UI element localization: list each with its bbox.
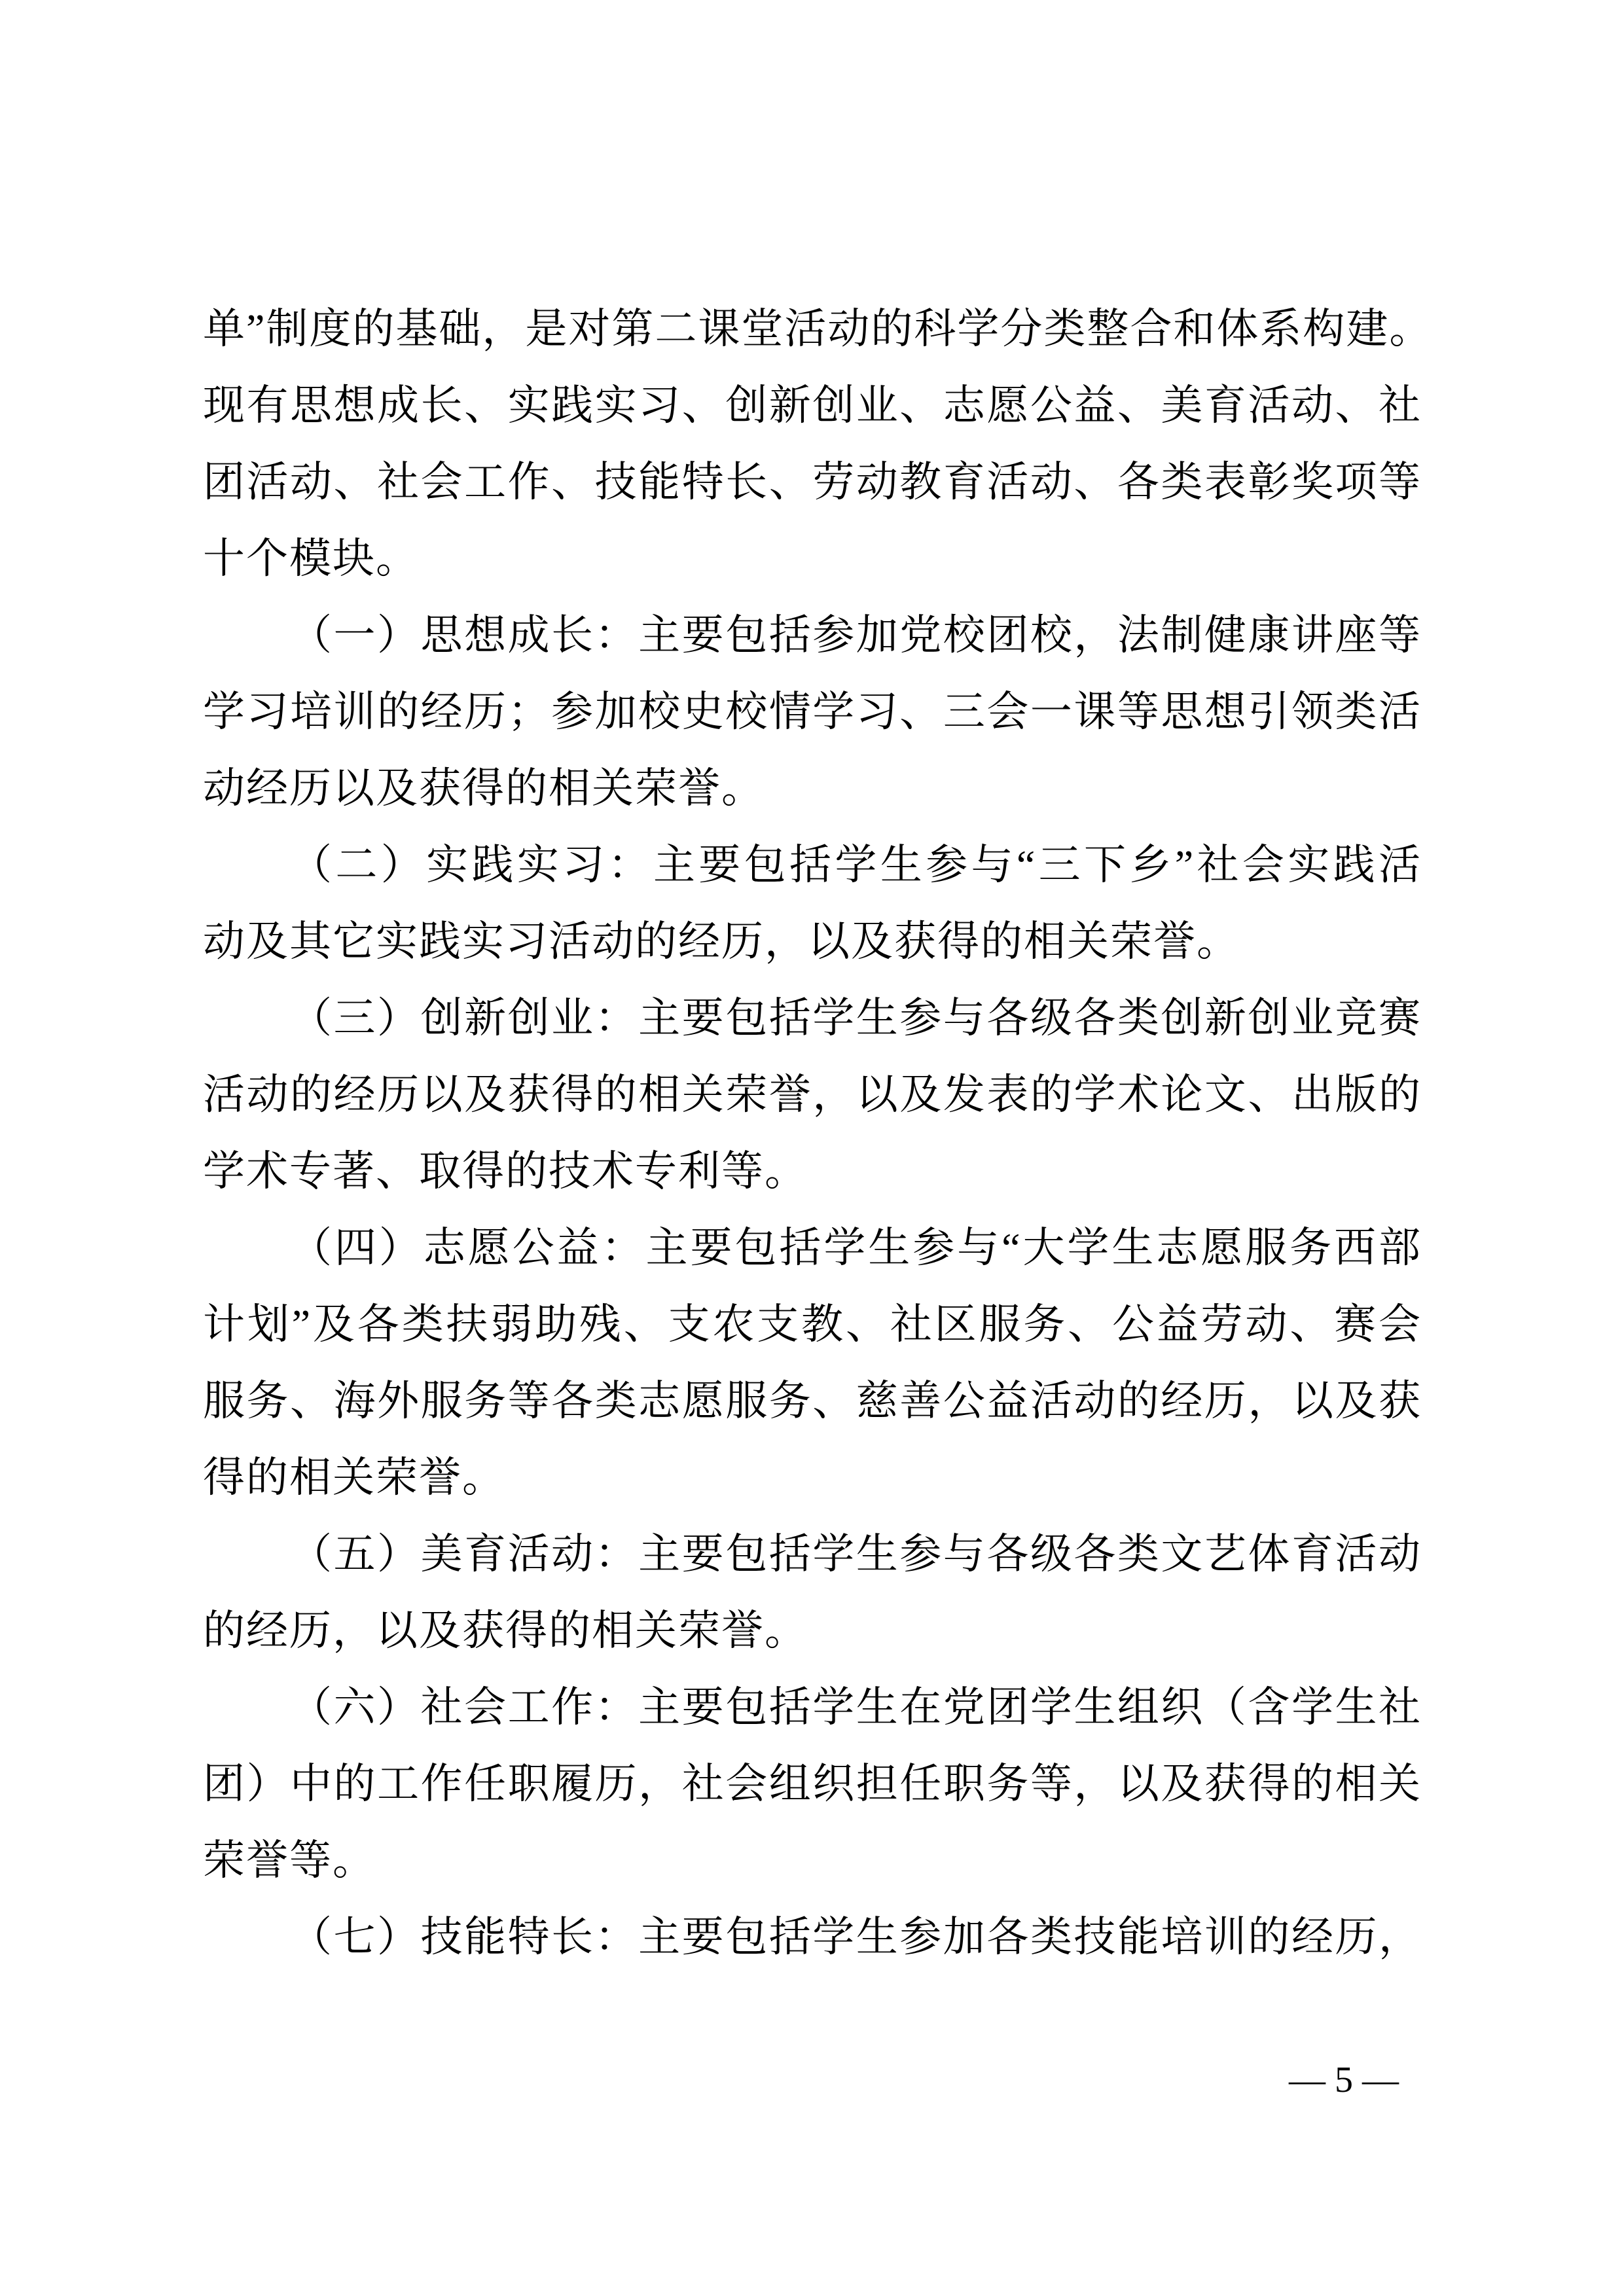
- paragraph-5-aesthetic-activities: （五）美育活动：主要包括学生参与各级各类文艺体育活动 的经历，以及获得的相关荣誉…: [203, 1516, 1422, 1669]
- paragraph-6-social-work: （六）社会工作：主要包括学生在党团学生组织（含学生社 团）中的工作任职履历，社会…: [203, 1669, 1422, 1899]
- text-line: 团）中的工作任职履历，社会组织担任职务等，以及获得的相关: [203, 1746, 1422, 1822]
- text-line: （三）创新创业：主要包括学生参与各级各类创新创业竞赛: [203, 980, 1422, 1056]
- text-line: （一）思想成长：主要包括参加党校团校，法制健康讲座等: [203, 597, 1422, 673]
- text-line: 动及其它实践实习活动的经历，以及获得的相关荣誉。: [203, 903, 1422, 980]
- page-number: — 5 —: [1289, 2054, 1399, 2106]
- body-text: 单”制度的基础，是对第二课堂活动的科学分类整合和体系构建。 现有思想成长、实践实…: [203, 291, 1422, 1975]
- text-line: （六）社会工作：主要包括学生在党团学生组织（含学生社: [203, 1669, 1422, 1746]
- paragraph-2-practice-internship: （二）实践实习：主要包括学生参与“三下乡”社会实践活 动及其它实践实习活动的经历…: [203, 827, 1422, 980]
- text-line: （五）美育活动：主要包括学生参与各级各类文艺体育活动: [203, 1516, 1422, 1592]
- paragraph-overview: 单”制度的基础，是对第二课堂活动的科学分类整合和体系构建。 现有思想成长、实践实…: [203, 291, 1422, 597]
- text-line: 得的相关荣誉。: [203, 1439, 1422, 1516]
- paragraph-3-innovation-entrepreneurship: （三）创新创业：主要包括学生参与各级各类创新创业竞赛 活动的经历以及获得的相关荣…: [203, 980, 1422, 1210]
- text-line: 单”制度的基础，是对第二课堂活动的科学分类整合和体系构建。: [203, 291, 1422, 367]
- paragraph-4-volunteer-welfare: （四）志愿公益：主要包括学生参与“大学生志愿服务西部 计划”及各类扶弱助残、支农…: [203, 1210, 1422, 1516]
- paragraph-1-thought-growth: （一）思想成长：主要包括参加党校团校，法制健康讲座等 学习培训的经历；参加校史校…: [203, 597, 1422, 827]
- document-page: 单”制度的基础，是对第二课堂活动的科学分类整合和体系构建。 现有思想成长、实践实…: [0, 0, 1624, 2296]
- text-line: 动经历以及获得的相关荣誉。: [203, 750, 1422, 827]
- text-line: 荣誉等。: [203, 1822, 1422, 1899]
- text-line: 服务、海外服务等各类志愿服务、慈善公益活动的经历，以及获: [203, 1363, 1422, 1439]
- paragraph-7-skills: （七）技能特长：主要包括学生参加各类技能培训的经历，: [203, 1899, 1422, 1975]
- text-line: 的经历，以及获得的相关荣誉。: [203, 1592, 1422, 1669]
- text-line: 计划”及各类扶弱助残、支农支教、社区服务、公益劳动、赛会: [203, 1286, 1422, 1363]
- text-line: （二）实践实习：主要包括学生参与“三下乡”社会实践活: [203, 827, 1422, 903]
- text-line: 现有思想成长、实践实习、创新创业、志愿公益、美育活动、社: [203, 367, 1422, 444]
- text-line: （七）技能特长：主要包括学生参加各类技能培训的经历，: [203, 1899, 1422, 1975]
- text-line: （四）志愿公益：主要包括学生参与“大学生志愿服务西部: [203, 1210, 1422, 1286]
- text-line: 十个模块。: [203, 520, 1422, 597]
- text-line: 活动的经历以及获得的相关荣誉，以及发表的学术论文、出版的: [203, 1056, 1422, 1133]
- text-line: 学习培训的经历；参加校史校情学习、三会一课等思想引领类活: [203, 673, 1422, 750]
- text-line: 学术专著、取得的技术专利等。: [203, 1133, 1422, 1210]
- text-line: 团活动、社会工作、技能特长、劳动教育活动、各类表彰奖项等: [203, 444, 1422, 520]
